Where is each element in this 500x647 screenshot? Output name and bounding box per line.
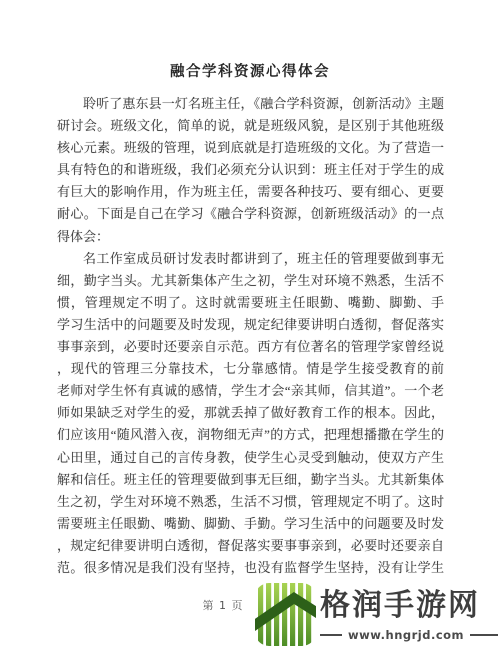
text-line: 名工作室成员研讨发表时都讲到了，班主任的管理要做到事无巨	[57, 248, 444, 270]
watermark: 格润手游网 www.hngrjd.com	[255, 583, 498, 646]
watermark-url-row: www.hngrjd.com	[320, 628, 498, 642]
text-line: 事事亲到，必要时还要亲自示范。西方有位著名的管理学家曾经说过	[57, 336, 444, 358]
text-line: 范。很多情况是我们没有坚持，也没有监督学生坚持，没有让学生养	[57, 557, 444, 579]
paragraph: 聆听了惠东县一灯名班主任，《融合学科资源，创新活动》主题研讨会。班级文化，简单的…	[57, 93, 444, 248]
text-line: ，现代的管理三分靠技术，七分靠感情。情是学生接受教育的前提，	[57, 358, 444, 380]
page-title: 融合学科资源心得体会	[0, 0, 500, 81]
rule-left	[320, 634, 342, 637]
watermark-site-url: www.hngrjd.com	[348, 628, 464, 642]
text-line: 核心元素。班级的管理，说到底就是打造班级的文化。为了营造一个	[57, 137, 444, 159]
text-line: 研讨会。班级文化，简单的说，就是班级风貌，是区别于其他班级的	[57, 115, 444, 137]
document-page: 融合学科资源心得体会 聆听了惠东县一灯名班主任，《融合学科资源，创新活动》主题研…	[0, 0, 500, 647]
watermark-text-block: 格润手游网 www.hngrjd.com	[320, 591, 498, 642]
text-line: 们应该用“随风潜入夜，润物细无声”的方式，把理想播撒在学生的	[57, 424, 444, 446]
watermark-site-name: 格润手游网	[320, 591, 498, 621]
text-line: 惯，管理规定不明了。这时就需要班主任眼勤、嘴勤、脚勤、手勤。	[57, 292, 444, 314]
text-line: 细，勤字当头。尤其新集体产生之初，学生对环境不熟悉，生活不习	[57, 270, 444, 292]
text-line: 聆听了惠东县一灯名班主任，《融合学科资源，创新活动》主题	[57, 93, 444, 115]
paragraph: 名工作室成员研讨发表时都讲到了，班主任的管理要做到事无巨细，勤字当头。尤其新集体…	[57, 248, 444, 579]
text-line: 心田里，通过自己的言传身教，使学生心灵受到触动，使双方产生理	[57, 447, 444, 469]
text-line: 需要班主任眼勤、嘴勤、脚勤、手勤。学习生活中的问题要及时发现	[57, 513, 444, 535]
text-line: 解和信任。班主任的管理要做到事无巨细，勤字当头。尤其新集体产	[57, 469, 444, 491]
text-line: 生之初，学生对环境不熟悉，生活不习惯，管理规定不明了。这时就	[57, 491, 444, 513]
text-line: 师如果缺乏对学生的爱，那就丢掉了做好教育工作的根本。因此，我	[57, 402, 444, 424]
text-line: ，规定纪律要讲明白透彻，督促落实要事事亲到，必要时还要亲自示	[57, 535, 444, 557]
text-line: 学习生活中的问题要及时发现，规定纪律要讲明白透彻，督促落实要	[57, 314, 444, 336]
text-line: 得体会：	[57, 226, 444, 248]
text-line: 耐心。下面是自己在学习《融合学科资源，创新班级活动》的一点心	[57, 203, 444, 225]
text-line: 有巨大的影响作用，作为班主任，需要各种技巧、要有细心、更要有	[57, 181, 444, 203]
text-line: 老师对学生怀有真诚的感情，学生才会“亲其师，信其道”。一个老	[57, 380, 444, 402]
rule-right	[470, 634, 498, 637]
site-logo-icon	[255, 583, 316, 646]
text-line: 具有特色的和谐班级，我们必须充分认识到：班主任对于学生的成长	[57, 159, 444, 181]
document-body: 聆听了惠东县一灯名班主任，《融合学科资源，创新活动》主题研讨会。班级文化，简单的…	[57, 93, 444, 579]
